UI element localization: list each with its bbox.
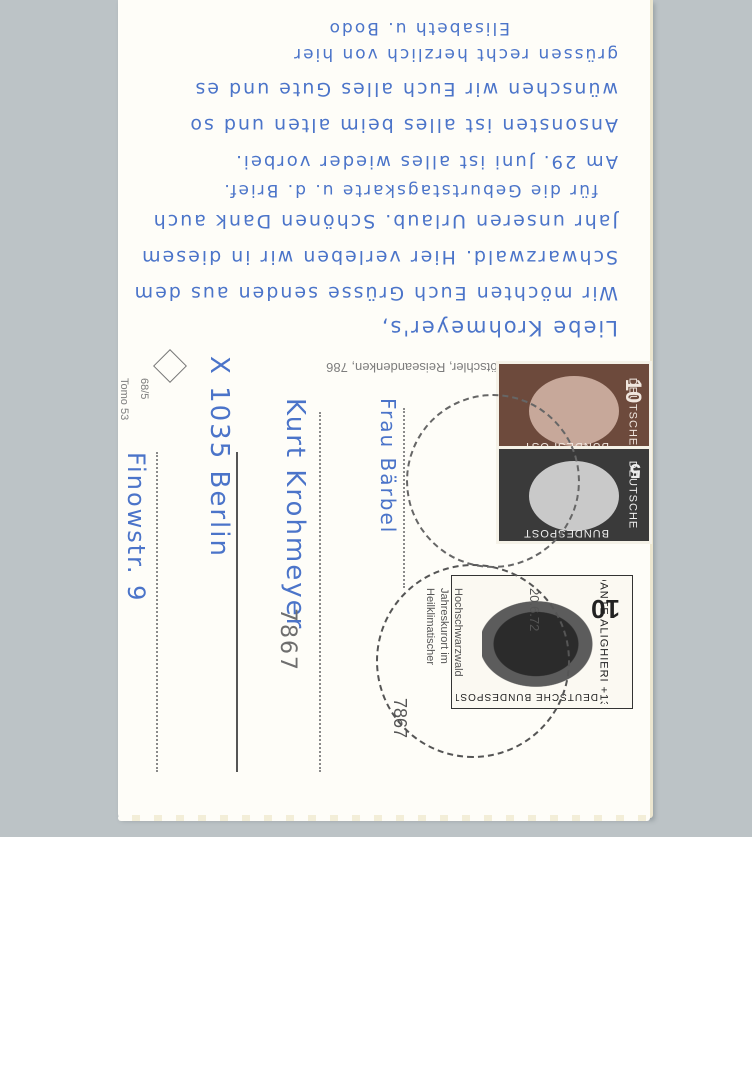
recipient-name: Kurt Krohmeyer — [280, 398, 310, 630]
card-code: Tomo 53 — [118, 378, 130, 420]
stamp-title: DANTE ALIGHIERI +1321 — [597, 576, 609, 708]
postmark-slogan: Jahreskurort im — [438, 588, 450, 664]
message-line: Jahr unseren Urlaub. Schönen Dank auch — [152, 210, 618, 232]
message-line: grüssen recht herzlich von hier — [292, 44, 618, 64]
postmark-slogan: Heilklimatischer — [424, 588, 436, 665]
message-line: Ansonsten ist alles beim alten und so — [188, 114, 618, 136]
recipient-street: Finowstr. 9 — [122, 452, 150, 602]
postmark-slogan: Hochschwarzwald — [452, 588, 464, 677]
address-line-divider — [156, 452, 158, 772]
recipient-city: X 1035 Berlin — [204, 356, 234, 558]
postmark-date: 20.6.72 — [527, 588, 542, 631]
sender-note: Frau Bärbel — [376, 398, 400, 534]
pencil-note: 7867 — [275, 608, 300, 672]
message-line: für die Geburtstagskarte u. d. Brief. — [222, 180, 598, 200]
postmark-circle — [406, 394, 580, 568]
message-line: Schwarzwald. Hier verleben wir in diesem — [140, 246, 618, 268]
message-block: Liebe Krohmeyer's, Wir möchten Euch Grüs… — [130, 0, 630, 340]
card-serial: 68/5 — [138, 378, 150, 399]
postcard: Liebe Krohmeyer's, Wir möchten Euch Grüs… — [118, 0, 653, 818]
message-signature: Elisabeth u. Bodo — [328, 18, 510, 38]
message-line: wünschen wir Euch alles Gute und es — [193, 78, 618, 100]
message-greeting: Liebe Krohmeyer's, — [380, 316, 618, 340]
address-line-divider — [236, 452, 238, 772]
postmark-town-code: 7867 — [389, 698, 410, 738]
stamp-country: DEUTSCHE — [627, 378, 639, 447]
postcard-content-rotated: Liebe Krohmeyer's, Wir möchten Euch Grüs… — [118, 0, 650, 818]
message-line: Am 29. Juni ist alles wieder vorbei. — [234, 151, 618, 172]
address-line-divider — [319, 412, 321, 772]
diamond-bird-logo-icon — [153, 349, 187, 383]
address-line-divider — [403, 408, 405, 588]
message-line: Wir möchten Euch Grüsse senden aus dem — [133, 282, 618, 304]
stamp-country: DEUTSCHE — [627, 461, 639, 530]
